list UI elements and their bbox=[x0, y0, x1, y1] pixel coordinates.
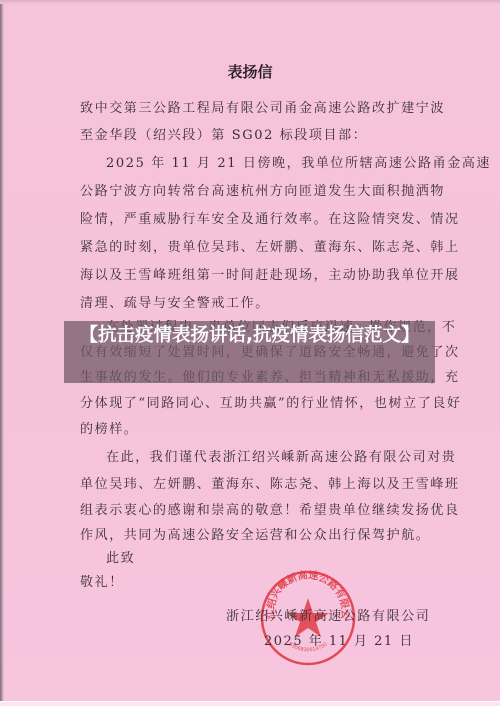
signature-company: 浙江绍兴嵊新高速公路有限公司 bbox=[226, 605, 430, 624]
body-line: 作风，共同为高速公路安全运营和公众出行保驾护航。 bbox=[80, 528, 432, 544]
body-line: 公路宁波方向转常台高速杭州方向匝道发生大面积抛洒物 bbox=[80, 184, 432, 200]
page-left-edge bbox=[0, 0, 4, 706]
salutation-line: 致中交第三公路工程局有限公司甬金高速公路改扩建宁波 bbox=[80, 101, 432, 117]
page-top-edge bbox=[0, 0, 500, 4]
body-line: 在此，我们谨代表浙江绍兴嵊新高速公路有限公司对贵 bbox=[106, 450, 458, 466]
body-line: 分体现了“同路同心、互助共赢”的行业情怀，也树立了良好 bbox=[80, 396, 432, 412]
body-line: 险情，严重威胁行车安全及通行效率。在这险情突发、情况 bbox=[80, 212, 432, 228]
body-line: 2025 年 11 月 21 日傍晚，我单位所辖高速公路甬金高速 bbox=[106, 156, 458, 172]
closing-line: 敬礼！ bbox=[80, 575, 432, 591]
body-line: 清理、疏导与安全警戒工作。 bbox=[80, 296, 432, 312]
page-bottom-edge bbox=[0, 701, 500, 706]
caption-text: 【抗击疫情表扬讲话,抗疫情表扬信范文】 bbox=[64, 323, 435, 349]
body-line: 单位吴玮、左妍鹏、董海东、陈志尧、韩上海以及王雪峰班 bbox=[80, 477, 432, 493]
signature-date: 2025 年 11 月 21 日 bbox=[264, 630, 414, 649]
letter-title: 表扬信 bbox=[0, 61, 500, 82]
salutation-line: 至金华段（绍兴段）第 SG02 标段项目部： bbox=[80, 128, 432, 144]
body-line: 的榜样。 bbox=[80, 422, 432, 438]
body-line: 组表示衷心的感谢和崇高的敬意！希望贵单位继续发扬优良 bbox=[80, 503, 432, 519]
body-line: 紧急的时刻，贵单位吴玮、左妍鹏、董海东、陈志尧、韩上 bbox=[80, 240, 432, 256]
closing-line: 此致 bbox=[106, 551, 458, 567]
body-line: 海以及王雪峰班组第一时间赶赴现场，主动协助我单位开展 bbox=[80, 268, 432, 284]
